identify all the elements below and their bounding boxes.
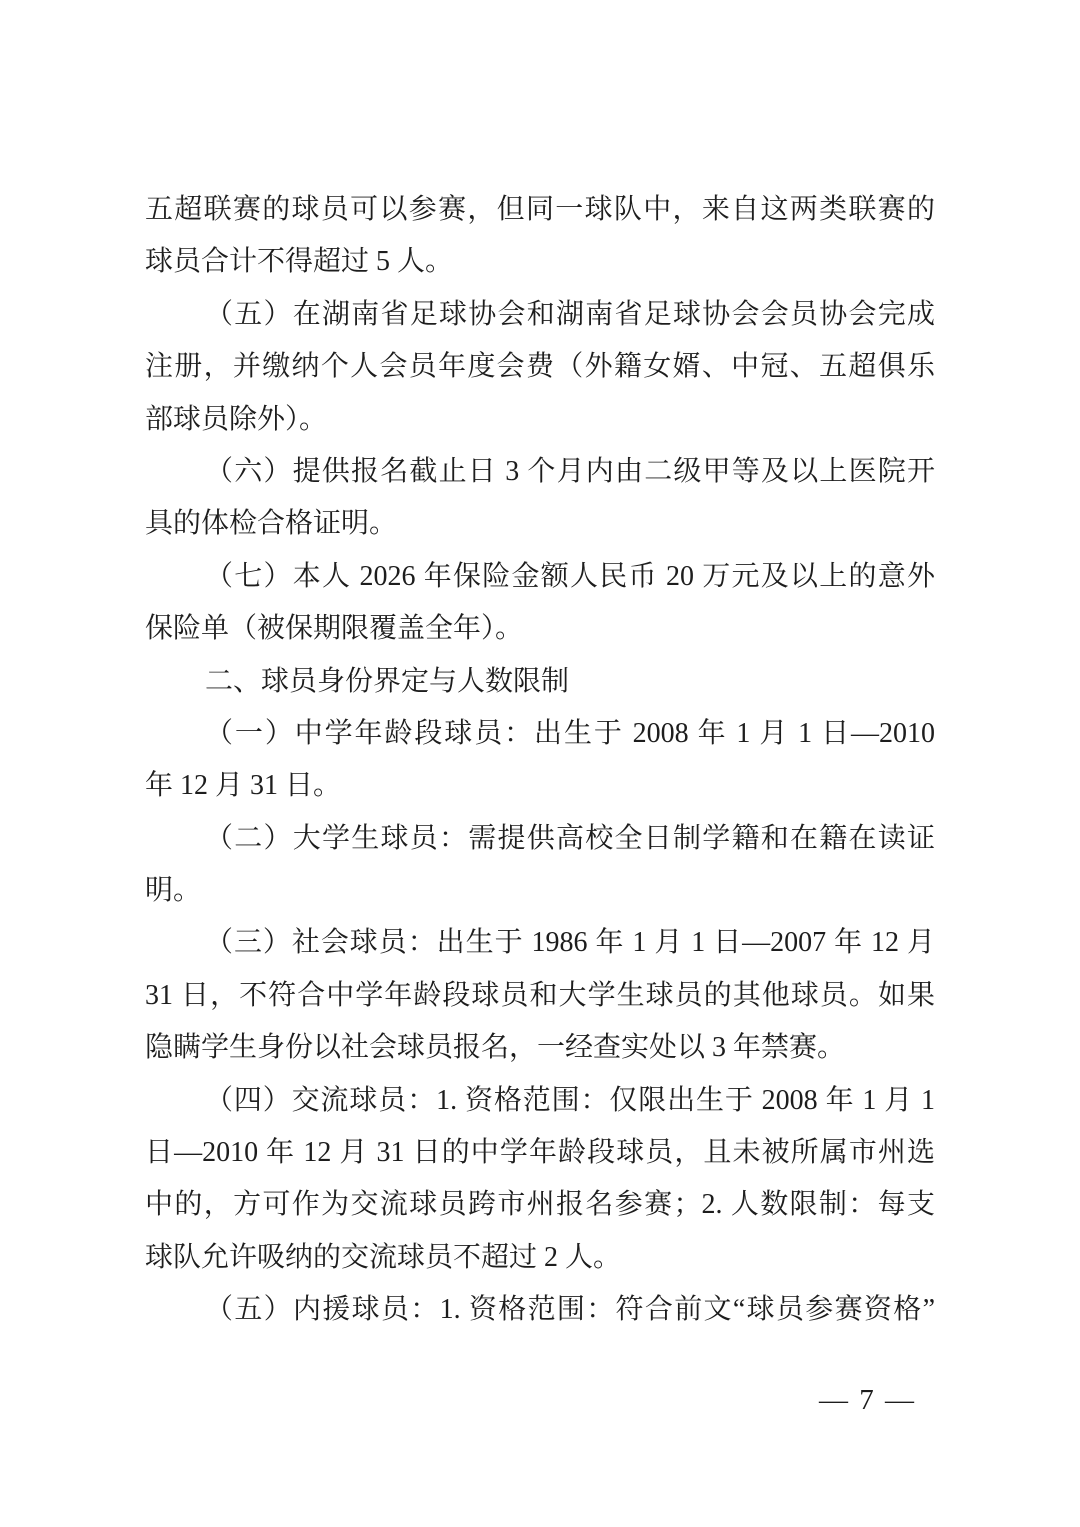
text-line: 明。 <box>145 865 935 917</box>
text-line: 隐瞒学生身份以社会球员报名，一经查实处以 3 年禁赛。 <box>145 1022 935 1074</box>
text-line: （五）在湖南省足球协会和湖南省足球协会会员协会完成 <box>145 289 935 341</box>
text-line: （四）交流球员：1. 资格范围：仅限出生于 2008 年 1 月 1 <box>145 1075 935 1127</box>
text-line: 注册，并缴纳个人会员年度会费（外籍女婿、中冠、五超俱乐 <box>145 341 935 393</box>
section-heading: 二、球员身份界定与人数限制 <box>145 656 935 708</box>
text-line: （六）提供报名截止日 3 个月内由二级甲等及以上医院开 <box>145 446 935 498</box>
text-line: 31 日，不符合中学年龄段球员和大学生球员的其他球员。如果 <box>145 970 935 1022</box>
text-line: 球队允许吸纳的交流球员不超过 2 人。 <box>145 1232 935 1284</box>
text-line: （七）本人 2026 年保险金额人民币 20 万元及以上的意外 <box>145 551 935 603</box>
text-line: （二）大学生球员：需提供高校全日制学籍和在籍在读证 <box>145 813 935 865</box>
document-page: 五超联赛的球员可以参赛，但同一球队中，来自这两类联赛的 球员合计不得超过 5 人… <box>0 0 1080 1527</box>
text-line: 年 12 月 31 日。 <box>145 760 935 812</box>
text-line: 中的，方可作为交流球员跨市州报名参赛；2. 人数限制：每支 <box>145 1179 935 1231</box>
text-line: 球员合计不得超过 5 人。 <box>145 236 935 288</box>
text-line: 五超联赛的球员可以参赛，但同一球队中，来自这两类联赛的 <box>145 184 935 236</box>
text-line: 部球员除外）。 <box>145 394 935 446</box>
text-line: 日—2010 年 12 月 31 日的中学年龄段球员，且未被所属市州选 <box>145 1127 935 1179</box>
text-line: （一）中学年龄段球员：出生于 2008 年 1 月 1 日—2010 <box>145 708 935 760</box>
text-line: （五）内援球员：1. 资格范围：符合前文“球员参赛资格” <box>145 1284 935 1336</box>
text-line: 具的体检合格证明。 <box>145 498 935 550</box>
page-number: — 7 — <box>819 1374 916 1426</box>
text-line: 保险单（被保期限覆盖全年）。 <box>145 603 935 655</box>
text-line: （三）社会球员：出生于 1986 年 1 月 1 日—2007 年 12 月 <box>145 917 935 969</box>
document-body: 五超联赛的球员可以参赛，但同一球队中，来自这两类联赛的 球员合计不得超过 5 人… <box>145 184 935 1337</box>
